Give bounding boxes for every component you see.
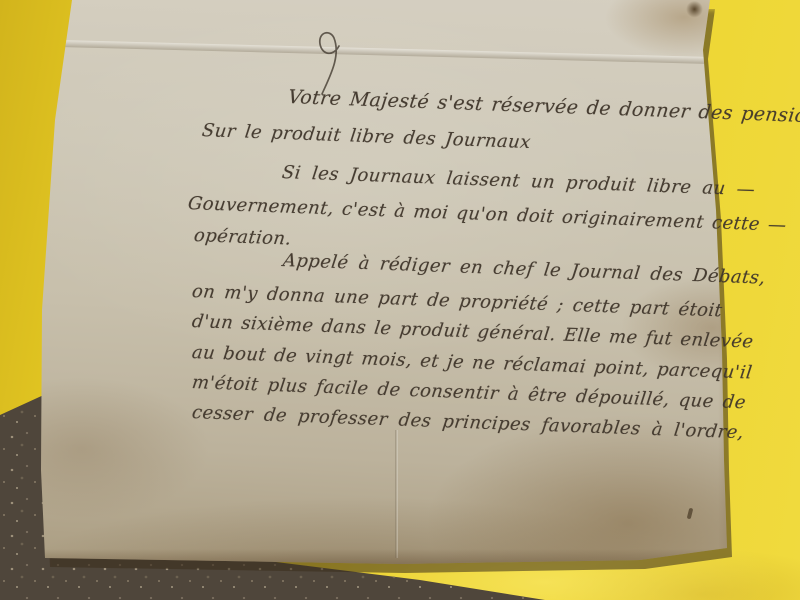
- manuscript-line-2: Sur le produit libre des Journaux: [201, 122, 532, 152]
- manuscript-line-6: Appelé à rédiger en chef le Journal des …: [282, 252, 767, 288]
- manuscript-line-5: opération.: [193, 227, 293, 249]
- manuscript-line-3: Si les Journaux laissent un produit libr…: [281, 164, 756, 199]
- handwritten-text: Votre Majesté s'est réservée de donner d…: [0, 0, 800, 600]
- manuscript-line-1: Votre Majesté s'est réservée de donner d…: [287, 88, 800, 127]
- photo-scene: Votre Majesté s'est réservée de donner d…: [0, 0, 800, 600]
